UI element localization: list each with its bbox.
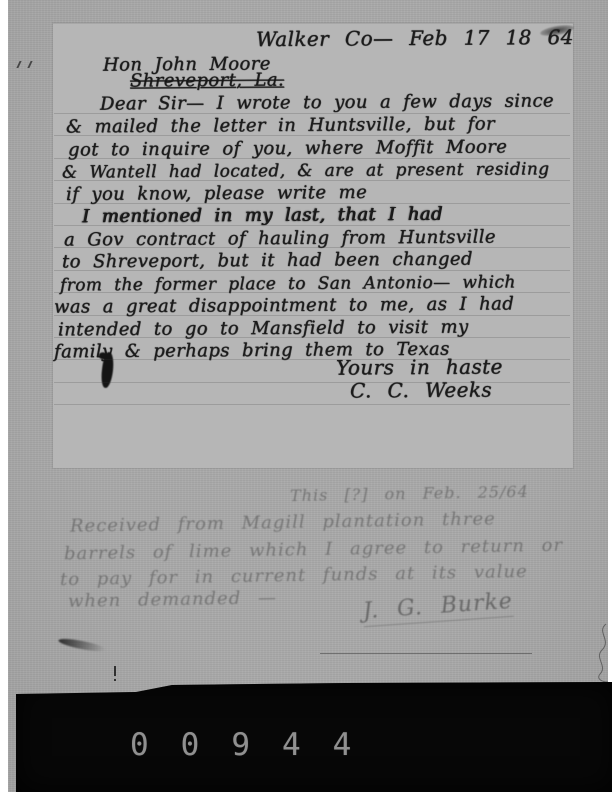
microfilm-footer-strip: 00944 bbox=[16, 682, 612, 792]
ruled-line bbox=[54, 203, 570, 204]
note-signature: J. G. Burke bbox=[362, 589, 514, 627]
stray-mark bbox=[16, 61, 32, 68]
letter-line: Dear Sir— I wrote to you a few days sinc… bbox=[100, 91, 554, 114]
ruled-line bbox=[54, 315, 570, 316]
letter-line: & mailed the letter in Huntsville, but f… bbox=[66, 115, 495, 138]
ruled-line bbox=[54, 292, 570, 293]
ruled-line bbox=[54, 225, 570, 226]
letter-line: & Wantell had located, & are at present … bbox=[62, 159, 550, 182]
ruled-line bbox=[54, 180, 570, 181]
ruled-line bbox=[54, 359, 570, 360]
note-line: to pay for in current funds at its value bbox=[60, 561, 528, 590]
letter-address-city: Shreveport, La. bbox=[130, 70, 284, 91]
letter-dateline: Walker Co— Feb 17 18 64 bbox=[256, 27, 574, 49]
note-line: Received from Magill plantation three bbox=[70, 508, 496, 536]
ruled-line bbox=[54, 404, 570, 405]
ruled-line bbox=[54, 158, 570, 159]
note-line: when demanded — bbox=[68, 587, 277, 612]
note-line: barrels of lime which I agree to return … bbox=[64, 535, 563, 565]
ruled-line bbox=[54, 135, 570, 136]
note-dateline: This [?] on Feb. 25/64 bbox=[290, 482, 529, 505]
dark-streak bbox=[58, 636, 107, 653]
letter-line: I mentioned in my last, that I had bbox=[82, 205, 443, 228]
ruled-line bbox=[54, 247, 570, 248]
scratch-line bbox=[320, 653, 532, 654]
ruled-line bbox=[54, 337, 570, 338]
stray-mark bbox=[114, 666, 116, 676]
microfilm-page: Walker Co— Feb 17 18 64 Hon John Moore S… bbox=[0, 0, 612, 792]
film-scratch-squiggle bbox=[586, 622, 612, 684]
microfilm-frame: Walker Co— Feb 17 18 64 Hon John Moore S… bbox=[8, 0, 608, 792]
ruled-line bbox=[54, 270, 570, 271]
ruled-line bbox=[54, 382, 570, 383]
frame-counter: 00944 bbox=[130, 727, 383, 763]
ruled-line bbox=[54, 113, 570, 114]
